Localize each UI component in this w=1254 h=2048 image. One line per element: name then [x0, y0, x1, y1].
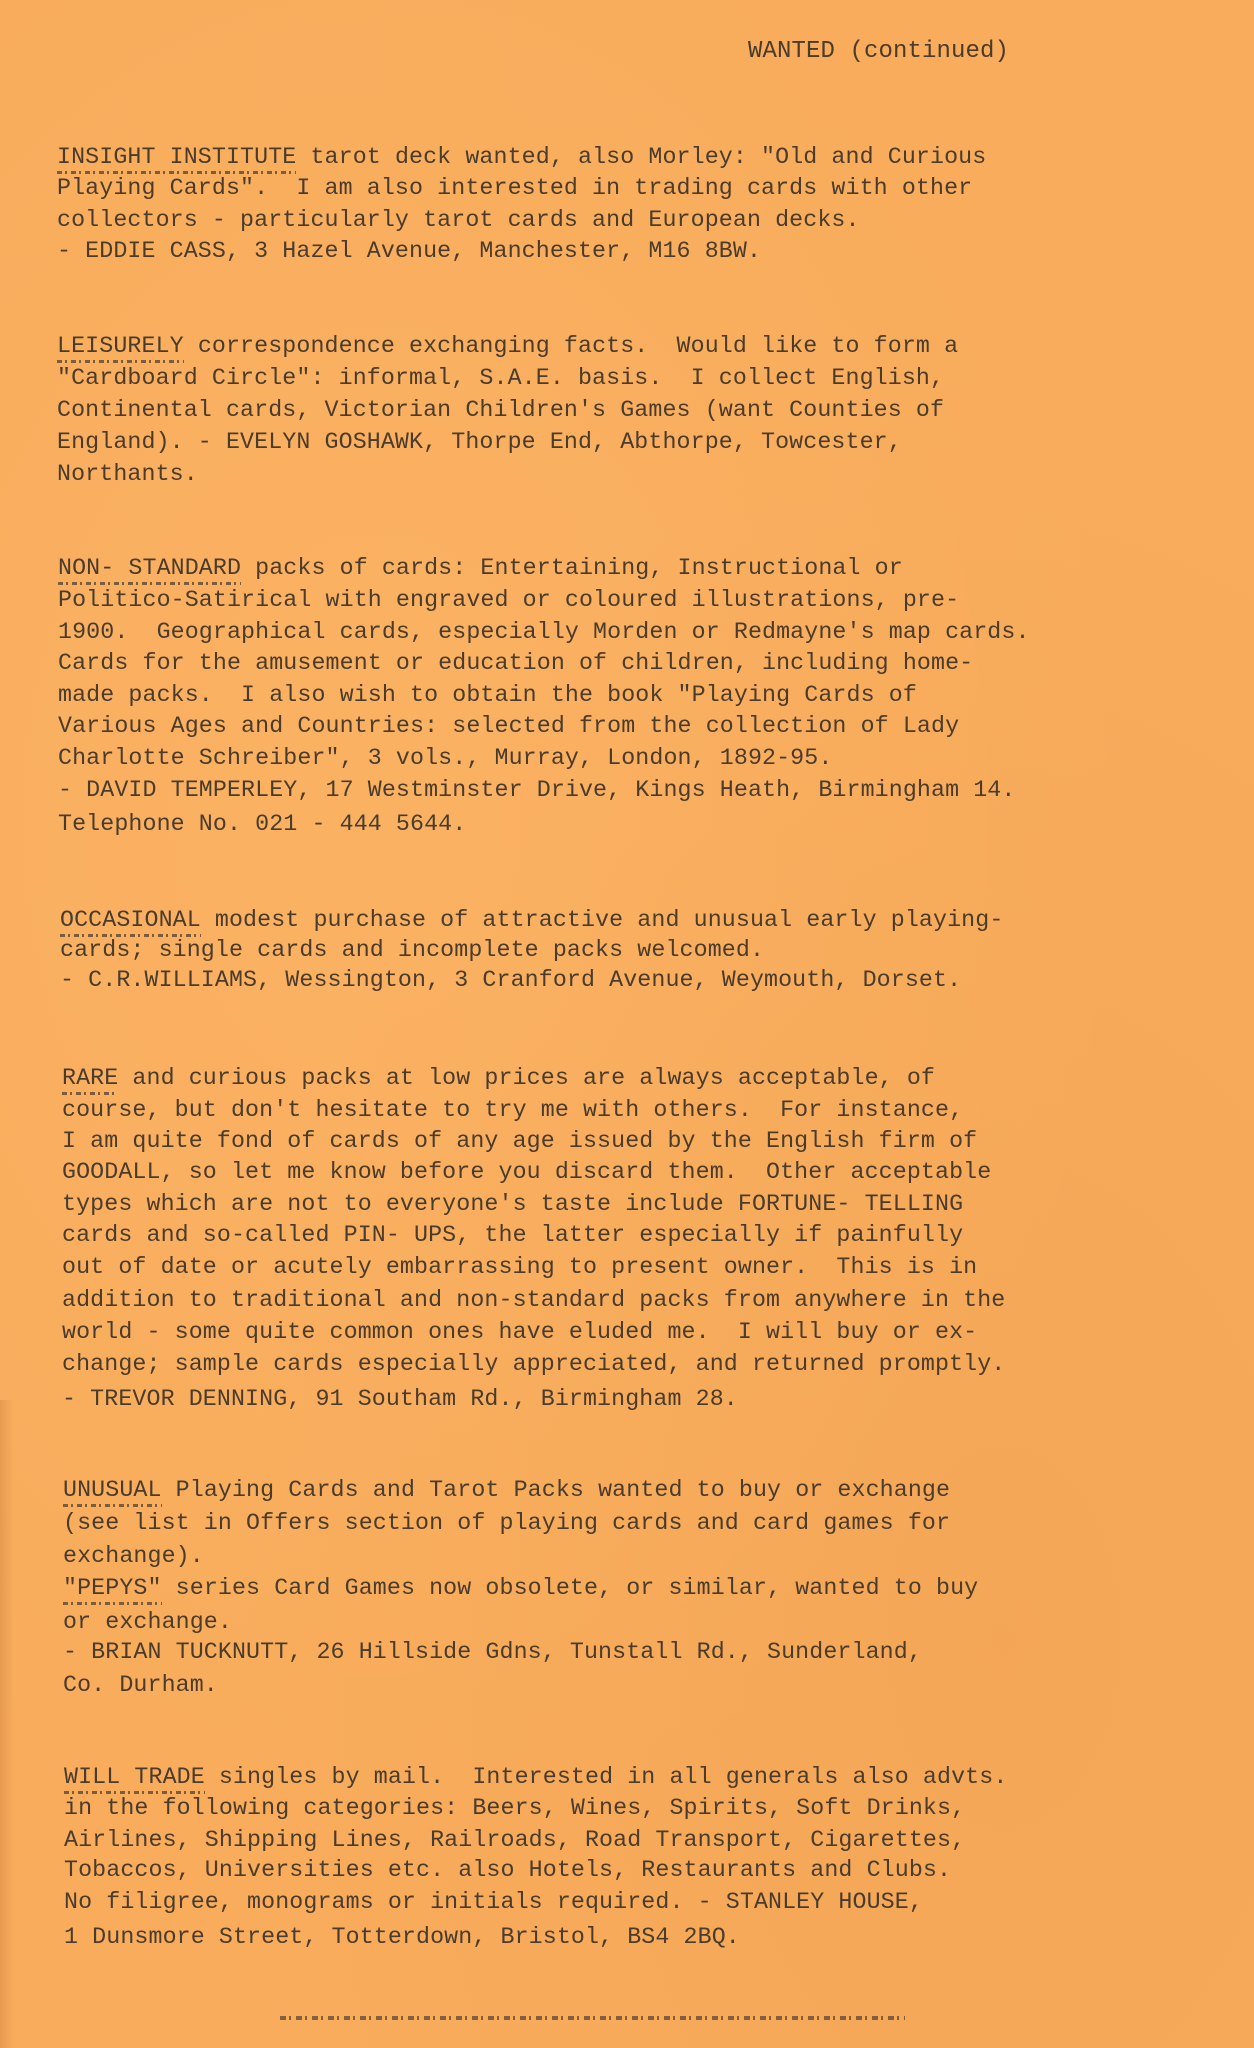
entry-line: course, but don't hesitate to try me wit… [62, 1095, 963, 1125]
entry-line: out of date or acutely embarrassing to p… [62, 1252, 977, 1282]
entry-first-line: WILL TRADE singles by mail. Interested i… [64, 1762, 1007, 1792]
entry-text: correspondence exchanging facts. Would l… [184, 333, 958, 359]
entry-line: Playing Cards". I am also interested in … [57, 173, 972, 203]
entry-first-line: OCCASIONAL modest purchase of attractive… [60, 905, 1003, 935]
entry-text: and curious packs at low prices are alwa… [118, 1065, 935, 1091]
entry-line: cards; single cards and incomplete packs… [60, 935, 764, 965]
entry-text: singles by mail. Interested in all gener… [205, 1764, 1008, 1790]
entry-keyword: RARE [62, 1063, 118, 1093]
entry-line: Northants. [57, 459, 198, 489]
entry-line: Airlines, Shipping Lines, Railroads, Roa… [64, 1825, 965, 1855]
entry-line: Charlotte Schreiber", 3 vols., Murray, L… [58, 743, 832, 773]
section-end-separator [280, 2016, 905, 2020]
entry-contact: - BRIAN TUCKNUTT, 26 Hillside Gdns, Tuns… [63, 1637, 922, 1667]
entry-keyword: NON- STANDARD [58, 553, 241, 583]
entry-line: or exchange. [63, 1607, 232, 1637]
entry-line: collectors - particularly tarot cards an… [57, 205, 860, 235]
entry-first-line: "PEPYS" series Card Games now obsolete, … [63, 1573, 978, 1603]
entry-line: made packs. I also wish to obtain the bo… [58, 680, 917, 710]
entry-contact: - C.R.WILLIAMS, Wessington, 3 Cranford A… [60, 965, 961, 995]
entry-line: Co. Durham. [63, 1670, 218, 1700]
entry-text: tarot deck wanted, also Morley: "Old and… [296, 144, 986, 170]
entry-line: Continental cards, Victorian Children's … [57, 395, 944, 425]
entry-text: Playing Cards and Tarot Packs wanted to … [162, 1477, 951, 1503]
entry-keyword: OCCASIONAL [60, 905, 201, 935]
entry-first-line: INSIGHT INSTITUTE tarot deck wanted, als… [57, 142, 986, 172]
entry-line: (see list in Offers section of playing c… [63, 1508, 950, 1538]
entry-first-line: UNUSUAL Playing Cards and Tarot Packs wa… [63, 1475, 950, 1505]
entry-line: addition to traditional and non-standard… [62, 1285, 1005, 1315]
entry-first-line: LEISURELY correspondence exchanging fact… [57, 331, 958, 361]
entry-line: exchange). [63, 1541, 204, 1571]
entry-contact: - DAVID TEMPERLEY, 17 Westminster Drive,… [58, 775, 1015, 805]
entry-contact: No filigree, monograms or initials requi… [64, 1887, 923, 1917]
entry-line: GOODALL, so let me know before you disca… [62, 1157, 991, 1187]
entry-first-line: NON- STANDARD packs of cards: Entertaini… [58, 553, 903, 583]
entry-line: 1 Dunsmore Street, Totterdown, Bristol, … [64, 1922, 740, 1952]
entry-line: change; sample cards especially apprecia… [62, 1349, 1005, 1379]
entry-line: Various Ages and Countries: selected fro… [58, 711, 959, 741]
entry-phone: Telephone No. 021 - 444 5644. [58, 809, 466, 839]
entry-text: series Card Games now obsolete, or simil… [162, 1575, 979, 1601]
entry-keyword: INSIGHT INSTITUTE [57, 142, 296, 172]
entry-keyword: LEISURELY [57, 331, 184, 361]
entry-text: packs of cards: Entertaining, Instructio… [241, 555, 903, 581]
entry-line: world - some quite common ones have elud… [62, 1317, 977, 1347]
entry-line: types which are not to everyone's taste … [62, 1189, 963, 1219]
entry-keyword: UNUSUAL [63, 1475, 162, 1505]
entry-line: "Cardboard Circle": informal, S.A.E. bas… [57, 363, 944, 393]
entry-line: I am quite fond of cards of any age issu… [62, 1126, 977, 1156]
entry-line: Tobaccos, Universities etc. also Hotels,… [64, 1855, 951, 1885]
entry-line: cards and so-called PIN- UPS, the latter… [62, 1220, 963, 1250]
entry-line: 1900. Geographical cards, especially Mor… [58, 617, 1030, 647]
entry-keyword: WILL TRADE [64, 1762, 205, 1792]
entry-text: modest purchase of attractive and unusua… [201, 907, 1004, 933]
entry-contact: - TREVOR DENNING, 91 Southam Rd., Birmin… [62, 1384, 738, 1414]
entry-first-line: RARE and curious packs at low prices are… [62, 1063, 935, 1093]
page-header: WANTED (continued) [748, 37, 1009, 67]
entry-line: in the following categories: Beers, Wine… [64, 1793, 965, 1823]
page-edge-shadow [0, 1400, 14, 2048]
entry-contact: - EDDIE CASS, 3 Hazel Avenue, Manchester… [57, 236, 761, 266]
entry-line: Politico-Satirical with engraved or colo… [58, 585, 959, 615]
entry-line: Cards for the amusement or education of … [58, 648, 973, 678]
entry-contact: England). - EVELYN GOSHAWK, Thorpe End, … [57, 427, 902, 457]
entry-keyword-secondary: "PEPYS" [63, 1573, 162, 1603]
